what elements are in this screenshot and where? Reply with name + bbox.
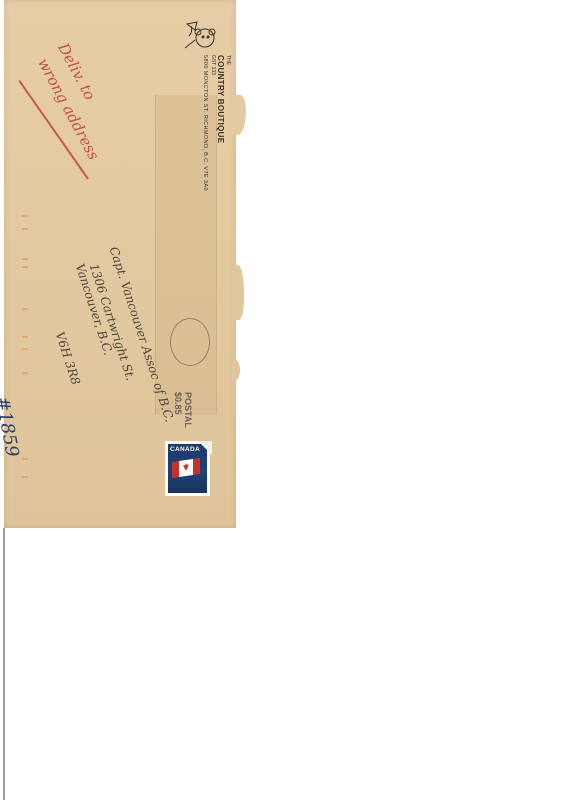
torn-edge [232, 360, 240, 380]
canadian-flag-icon [172, 458, 200, 478]
barcode-mark [22, 476, 28, 478]
stamp-country: CANADA [170, 446, 200, 453]
maple-leaf-icon [183, 463, 189, 471]
barcode-mark [22, 458, 28, 460]
barcode-mark [22, 348, 28, 350]
return-code: GST 133 [210, 55, 216, 75]
barcode-mark [22, 258, 28, 260]
barcode-mark [22, 228, 28, 230]
barcode-mark [22, 336, 28, 338]
barcode-mark [22, 372, 28, 374]
torn-edge [232, 95, 246, 135]
barcode-mark [22, 308, 28, 310]
scan-edge-line [3, 528, 5, 800]
torn-edge [232, 265, 244, 320]
postmark-circle [170, 318, 210, 366]
meter-label: POSTAL [183, 392, 193, 428]
barcode-mark [22, 215, 28, 217]
postage-stamp: CANADA [165, 441, 210, 496]
return-prefix: THE [225, 55, 231, 65]
meter-value: $0.85 [173, 392, 183, 415]
barcode-mark [22, 266, 28, 268]
teddy-bear-logo-icon [183, 18, 219, 54]
return-address: 5800 MONCTON ST. RICHMOND, B.C. V7E 3A0 [202, 55, 208, 191]
return-name: COUNTRY BOUTIQUE [216, 55, 225, 143]
